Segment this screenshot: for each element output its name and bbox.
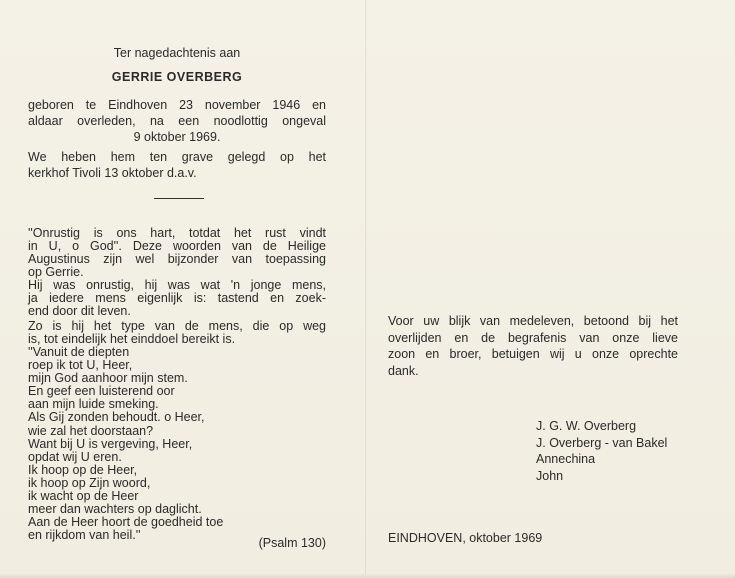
birth-death-paragraph: geboren te Eindhoven 23 november 1946 en…: [28, 97, 326, 145]
center-fold: [365, 0, 366, 578]
text-line: overlijden en de begrafenis van onze lie…: [388, 330, 678, 347]
burial-paragraph: We heben hem ten grave gelegd op het ker…: [28, 149, 326, 181]
thanks-paragraph: Voor uw blijk van medeleven, betoond bij…: [388, 313, 678, 379]
family-member: J. G. W. Overberg: [536, 418, 667, 435]
text-line: 9 oktober 1969.: [28, 129, 326, 145]
family-member: John: [536, 468, 667, 485]
text-line: dank.: [388, 363, 678, 380]
augustinus-quote: ''Onrustig is ons hart, totdat het rust …: [28, 227, 326, 279]
text-line: zoon en broer, betuigen wij u onze oprec…: [388, 346, 678, 363]
divider-line: [154, 198, 204, 199]
memorial-card: Ter nagedachtenis aan GERRIE OVERBERG ge…: [0, 0, 735, 578]
journey-paragraph: Zo is hij het type van de mens, die op w…: [28, 320, 326, 346]
restless-paragraph: Hij was onrustig, hij was wat 'n jonge m…: [28, 279, 326, 318]
place-date: EINDHOVEN, oktober 1969: [388, 530, 542, 546]
psalm-reference: (Psalm 130): [259, 535, 326, 551]
text-line: kerkhof Tivoli 13 oktober d.a.v.: [28, 165, 326, 181]
card-bottom-edge: [0, 574, 735, 578]
psalm-text: ''Vanuit de diepten roep ik tot U, Heer,…: [28, 346, 326, 542]
text-line: geboren te Eindhoven 23 november 1946 en: [28, 97, 326, 113]
family-member: Annechina: [536, 451, 667, 468]
family-member: J. Overberg - van Bakel: [536, 435, 667, 452]
text-line: Voor uw blijk van medeleven, betoond bij…: [388, 313, 678, 330]
family-signatures: J. G. W. Overberg J. Overberg - van Bake…: [536, 418, 667, 484]
text-line: aldaar overleden, na een noodlottig onge…: [28, 113, 326, 129]
memorial-heading: Ter nagedachtenis aan: [28, 45, 326, 61]
text-line: We heben hem ten grave gelegd op het: [28, 149, 326, 165]
text-line: end door dit leven.: [28, 305, 326, 318]
deceased-name: GERRIE OVERBERG: [28, 69, 326, 85]
